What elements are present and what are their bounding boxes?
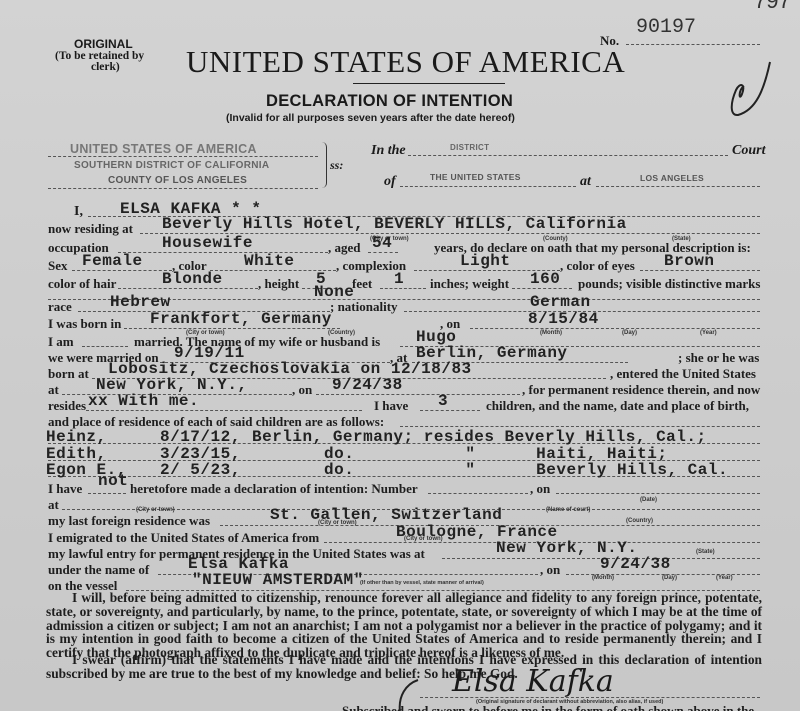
i-have-label: I have [374,398,408,414]
court-label: Court [732,143,765,159]
vessel-caption: (If other than by vessel, state manner o… [360,580,484,586]
last-residence-value: St. Gallen, Switzerland [270,506,502,524]
children-count-value: 3 [438,392,448,410]
race-value: Hebrew [110,293,171,311]
prior-at-label: at [48,497,59,513]
weight-value: 160 [530,270,560,288]
caption-court-name: (Name of court) [546,507,590,513]
sex-label: Sex [48,258,68,274]
permanent-text: , for permanent residence therein, and n… [522,382,760,398]
prior-text: heretofore made a declaration of intenti… [130,481,418,497]
spouse-born-tail: ; she or he was [678,350,759,366]
i-label: I, [74,204,83,220]
complexion-value: Light [460,252,511,270]
am-label: I am [48,334,74,350]
venue-stamp-1: UNITED STATES OF AMERICA [70,142,257,156]
clerk-signature-stroke-icon [394,678,424,711]
born-label: I was born in [48,316,121,332]
caption-year-2: (Year) [716,575,733,581]
caption-state-2: (State) [696,549,715,555]
race-label: race [48,299,72,315]
declaration-document: ORIGINAL (To be retained by clerk) UNITE… [0,0,800,711]
prior-value: not [98,472,128,490]
eyes-label: , color of eyes [560,258,635,274]
declarant-signature: Elsa Kafka [452,664,614,699]
caption-country-2: (Country) [626,518,653,524]
document-number: 90197 [636,16,696,39]
children-text: children, and the name, date and place o… [486,398,749,414]
title-rule [353,83,505,84]
venue-brace [322,142,327,188]
oath-paragraph-2: I swear (affirm) that the statements I h… [46,653,762,681]
entry-on-label: , on [540,562,560,578]
nationality-label: ; nationality [330,299,398,315]
caption-year: (Year) [700,330,717,336]
child-place: Berlin, Germany; resides Beverly Hills, … [252,428,707,446]
in-the-label: In the [371,143,406,159]
oath-paragraph-1: I will, before being admitted to citizen… [46,591,762,660]
corner-number: 797 [754,0,791,14]
entry-date-value: 9/24/38 [600,555,671,573]
caption-day-2: (Day) [662,575,677,581]
last-residence-label: my last foreign residence was [48,513,210,529]
hair-value: Blonde [162,270,223,288]
feet-label: feet [352,276,372,292]
child-name: Heinz, [46,428,107,446]
spouse-entry-date-value: 9/24/38 [332,376,403,394]
child-place: do. " Beverly Hills, Cal. [324,461,728,479]
pencil-mark-icon [726,60,776,120]
court-at: LOS ANGELES [640,173,704,183]
document-title: UNITED STATES OF AMERICA [186,44,625,80]
caption-city-4: (City or town) [318,520,357,526]
caption-day: (Day) [622,330,637,336]
caption-city-3: (City or town) [136,507,175,513]
aged-label: , aged [328,240,361,256]
residing-label: now residing at [48,221,133,237]
subtitle-note: (Invalid for all purposes seven years af… [226,112,515,124]
resides-label: resides [48,398,86,414]
birthplace-value: Frankfort, Germany [150,310,332,328]
pounds-label: pounds; visible distinctive marks [578,276,760,292]
entered-text: , entered the United States [610,366,756,382]
original-note-2: clerk) [91,61,120,73]
on2-label: , on [292,382,312,398]
nationality-value: German [530,293,591,311]
birth-date-value: 8/15/84 [528,310,599,328]
married-text: married. The name of my wife or husband … [134,334,380,350]
vessel-value: "NIEUW AMSTERDAM" [192,571,364,589]
prior-label: I have [48,481,82,497]
prior-on-label: , on [530,481,550,497]
court-of: THE UNITED STATES [430,172,521,182]
age-value: 54 [372,234,392,252]
sex-value: Female [82,252,143,270]
height-inches-value: 1 [394,270,404,288]
caption-month: (Month) [540,330,562,336]
hair-label: color of hair [48,276,116,292]
child-dob: 2/ 5/23, [160,461,241,479]
venue-stamp-2: SOUTHERN DISTRICT OF CALIFORNIA [74,160,269,171]
at-label: at [580,174,591,190]
caption-date: (Date) [640,497,657,503]
original-label: ORIGINAL [74,37,133,51]
venue-stamp-3: COUNTY OF LOS ANGELES [108,175,247,186]
no-label: No. [600,33,619,49]
ss-label: ss: [330,158,343,173]
born-at-label: born at [48,366,89,382]
court-type: DISTRICT [450,143,489,152]
color-value: White [244,252,295,270]
occupation-value: Housewife [162,234,253,252]
emigrated-label: I emigrated to the United States of Amer… [48,530,319,546]
inches-label: inches; weight [430,276,509,292]
at2-label: at [48,382,59,398]
spouse-resides-value: xx With me. [88,392,199,410]
height-label: , height [258,276,299,292]
under-name-label: under the name of [48,562,149,578]
residence-value: Beverly Hills Hotel, BEVERLY HILLS, Cali… [162,215,627,233]
of-label: of [384,174,396,190]
eyes-value: Brown [664,252,715,270]
caption-month-2: (Month) [592,575,614,581]
child-dob: 8/17/12, [160,428,241,446]
document-subtitle: DECLARATION OF INTENTION [266,92,513,111]
caption-city-5: (City or town) [404,536,443,542]
